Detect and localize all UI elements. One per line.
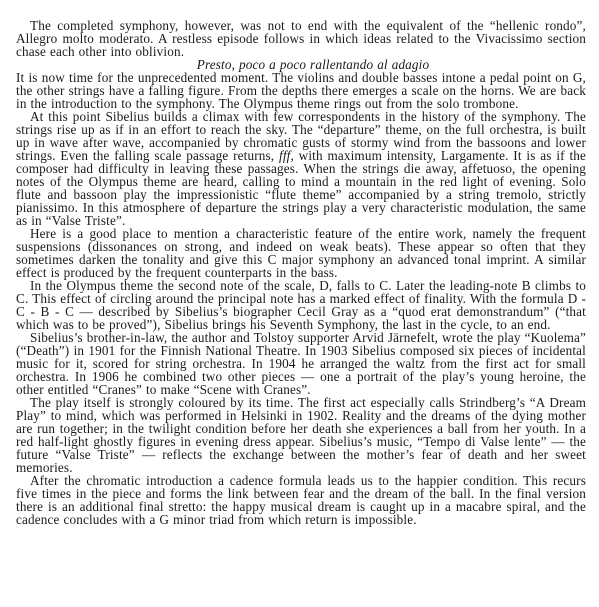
paragraph-kuolema: Sibelius’s brother-in-law, the author an…	[16, 331, 586, 396]
paragraph-olympus-theme: In the Olympus theme the second note of …	[16, 279, 586, 331]
paragraph-climax: At this point Sibelius builds a climax w…	[16, 110, 586, 227]
paragraph-unprecedented-moment: It is now time for the unprecedented mom…	[16, 71, 586, 110]
paragraph-finale-intro: The completed symphony, however, was not…	[16, 19, 586, 58]
paragraph-suspensions: Here is a good place to mention a charac…	[16, 227, 586, 279]
paragraph-cadence-formula: After the chromatic introduction a caden…	[16, 474, 586, 526]
paragraph-dream-play: The play itself is strongly coloured by …	[16, 396, 586, 474]
document-page: The completed symphony, however, was not…	[16, 19, 586, 526]
